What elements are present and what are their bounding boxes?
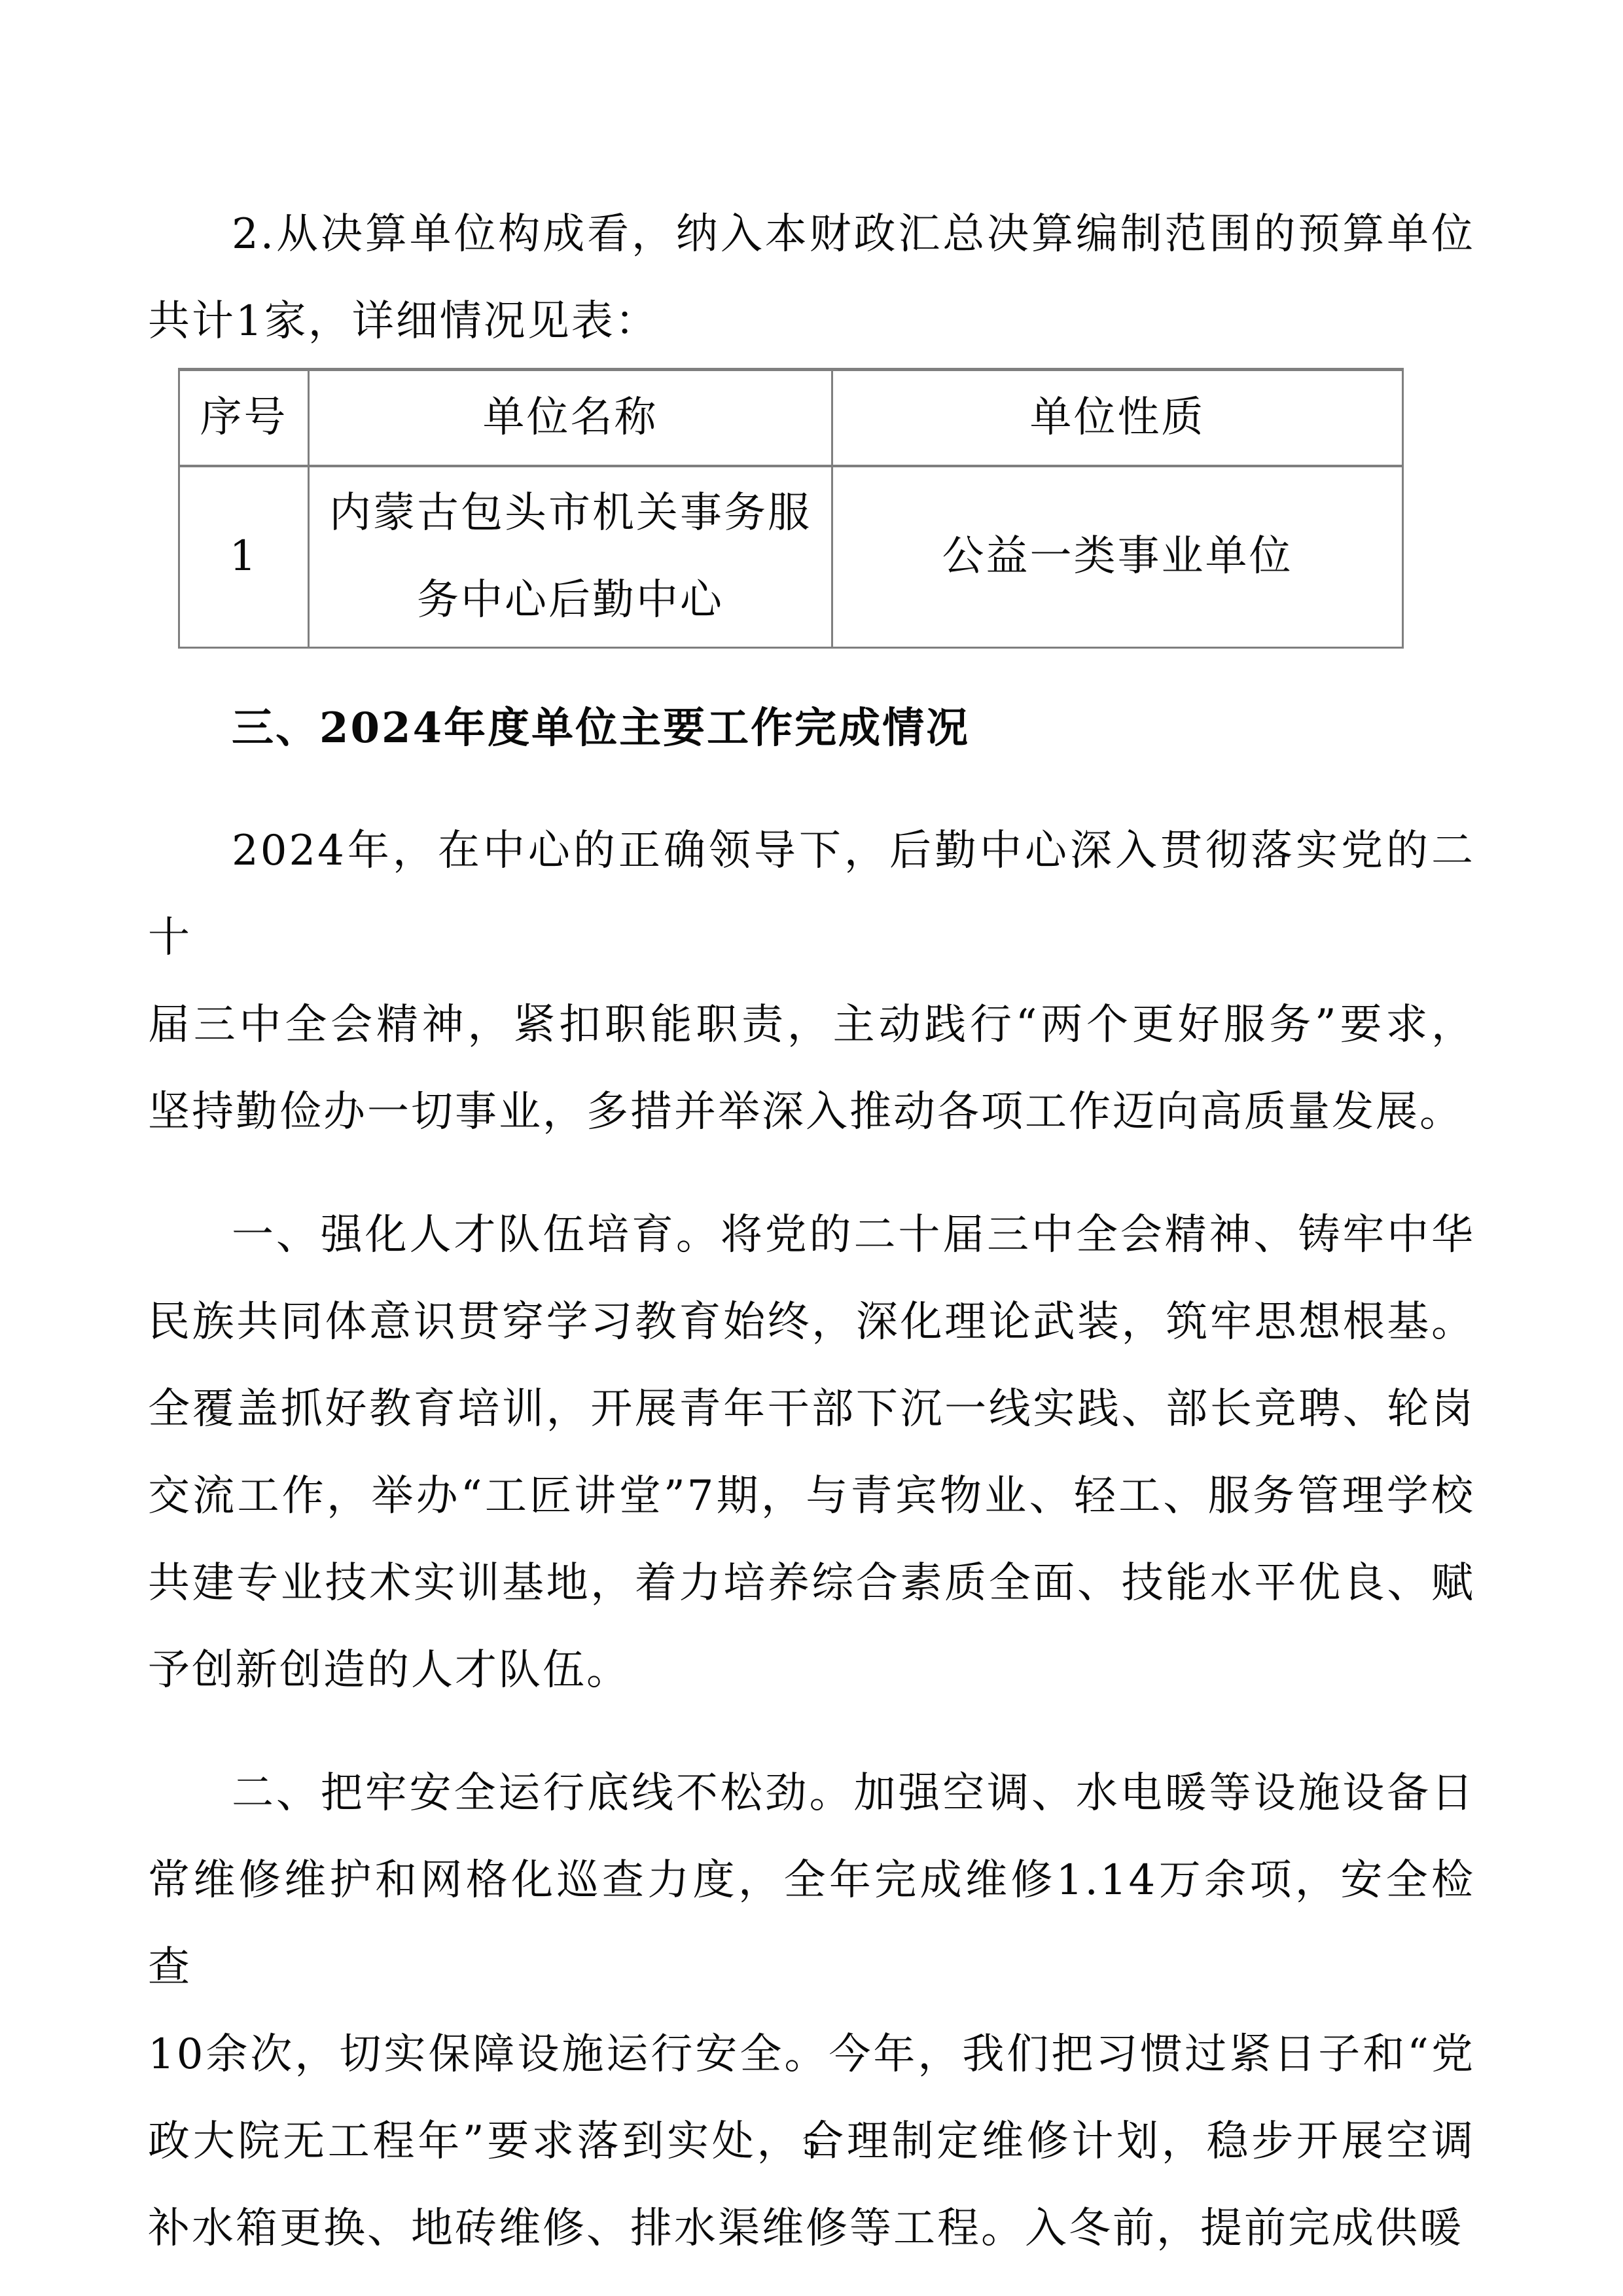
page-number: 5 (0, 2128, 1623, 2162)
body-paragraph: 一、强化人才队伍培育。将党的二十届三中全会精神、铸牢中华民族共同体意识贯穿学习教… (148, 1192, 1475, 1714)
text-line: 二、把牢安全运行底线不松劲。加强空调、水电暖等设施设备日 (148, 1750, 1475, 1837)
text-line: 届三中全会精神，紧扣职能职责，主动践行“两个更好服务”要求， (148, 982, 1475, 1069)
units-table-header-cell: 单位名称 (309, 370, 832, 466)
cell-unit-type: 公益一类事业单位 (832, 466, 1403, 648)
body-paragraphs: 2024年，在中心的正确领导下，后勤中心深入贯彻落实党的二十届三中全会精神，紧扣… (148, 808, 1475, 2272)
section-heading: 三、2024年度单位主要工作完成情况 (148, 685, 1475, 772)
text-line: 一、强化人才队伍培育。将党的二十届三中全会精神、铸牢中华 (148, 1192, 1475, 1279)
text-line: 10余次，切实保障设施运行安全。今年，我们把习惯过紧日子和“党 (148, 2011, 1475, 2098)
text-line: 民族共同体意识贯穿学习教育始终，深化理论武装，筑牢思想根基。 (148, 1279, 1475, 1366)
text-line: 2.从决算单位构成看，纳入本财政汇总决算编制范围的预算单位 (148, 191, 1475, 278)
page-content: 2.从决算单位构成看，纳入本财政汇总决算编制范围的预算单位共计1家，详细情况见表… (148, 191, 1475, 2272)
text-line: 予创新创造的人才队伍。 (148, 1627, 1475, 1714)
text-line: 内蒙古包头市机关事务服 (310, 470, 831, 557)
text-line: 坚持勤俭办一切事业，多措并举深入推动各项工作迈向高质量发展。 (148, 1069, 1475, 1156)
text-line: 补水箱更换、地砖维修、排水渠维修等工程。入冬前，提前完成供暖 (148, 2185, 1475, 2272)
cell-serial-number: 1 (179, 466, 309, 648)
document-page: 2.从决算单位构成看，纳入本财政汇总决算编制范围的预算单位共计1家，详细情况见表… (0, 0, 1623, 2296)
intro-paragraph: 2.从决算单位构成看，纳入本财政汇总决算编制范围的预算单位共计1家，详细情况见表… (148, 191, 1475, 365)
units-table-header-cell: 单位性质 (832, 370, 1403, 466)
units-table-header-row: 序号单位名称单位性质 (179, 370, 1403, 466)
units-table-body: 1内蒙古包头市机关事务服务中心后勤中心公益一类事业单位 (179, 466, 1403, 648)
units-table: 序号单位名称单位性质 1内蒙古包头市机关事务服务中心后勤中心公益一类事业单位 (178, 368, 1404, 649)
body-paragraph: 2024年，在中心的正确领导下，后勤中心深入贯彻落实党的二十届三中全会精神，紧扣… (148, 808, 1475, 1156)
body-paragraph: 二、把牢安全运行底线不松劲。加强空调、水电暖等设施设备日常维修维护和网格化巡查力… (148, 1750, 1475, 2272)
cell-unit-name: 内蒙古包头市机关事务服务中心后勤中心 (309, 466, 832, 648)
text-line: 共建专业技术实训基地，着力培养综合素质全面、技能水平优良、赋 (148, 1540, 1475, 1627)
text-line: 共计1家，详细情况见表： (148, 278, 1475, 365)
text-line: 2024年，在中心的正确领导下，后勤中心深入贯彻落实党的二十 (148, 808, 1475, 982)
text-line: 全覆盖抓好教育培训，开展青年干部下沉一线实践、部长竞聘、轮岗 (148, 1366, 1475, 1453)
text-line: 常维修维护和网格化巡查力度，全年完成维修1.14万余项，安全检查 (148, 1837, 1475, 2011)
text-line: 务中心后勤中心 (310, 557, 831, 644)
table-row: 1内蒙古包头市机关事务服务中心后勤中心公益一类事业单位 (179, 466, 1403, 648)
units-table-header-cell: 序号 (179, 370, 309, 466)
text-line: 交流工作，举办“工匠讲堂”7期，与青宾物业、轻工、服务管理学校 (148, 1453, 1475, 1540)
